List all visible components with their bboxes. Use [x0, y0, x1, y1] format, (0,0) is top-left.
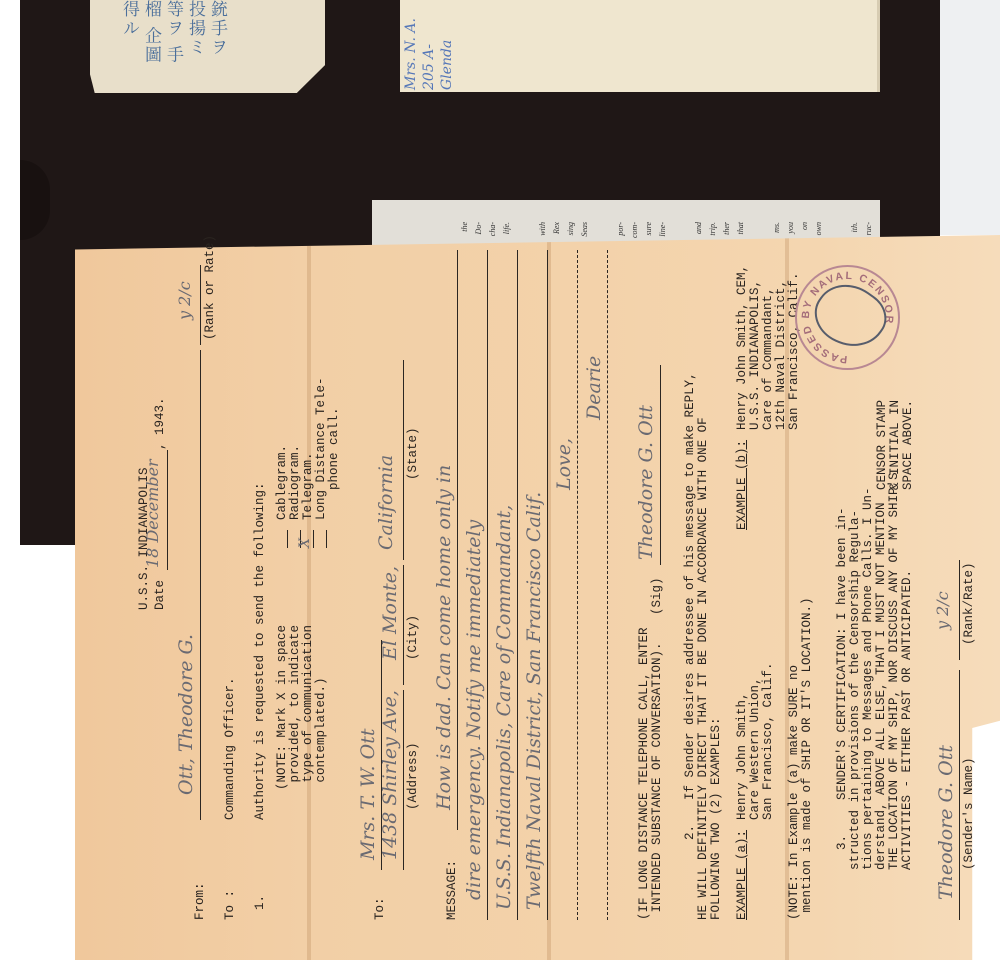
option-long-distance: Long Distance Tele-: [314, 377, 328, 520]
date-label: Date: [153, 580, 167, 610]
signature-line: [660, 365, 661, 565]
note-line: contemplated.): [314, 677, 328, 790]
signature-value: Theodore G. Ott: [635, 405, 657, 560]
envelope-address: Mrs. N. A. 205 A- Glenda: [402, 0, 462, 90]
booklet-fragment: that: [736, 222, 745, 234]
para1-text: Authority is requested to send the follo…: [253, 482, 267, 820]
option-blank[interactable]: [326, 530, 327, 548]
state-line: [403, 360, 404, 560]
option-check-mark: X: [297, 538, 313, 548]
option-radiogram: Radiogram.: [288, 445, 302, 520]
date-line: [167, 450, 168, 570]
message-rule: [487, 250, 488, 920]
example-a-label: EXAMPLE (a):: [735, 830, 749, 920]
date-year: , 1943.: [153, 397, 167, 450]
para2-number: 2.: [683, 825, 697, 840]
booklet-fragment: sure: [644, 222, 653, 235]
booklet-fragment: ther: [722, 222, 731, 235]
phone-note-line: INTENDED SUBSTANCE OF CONVERSATION).: [650, 642, 664, 920]
recipient-address: 1438 Shirley Ave,: [379, 690, 401, 860]
sender-rank-line: [959, 560, 960, 660]
censor-note-line: & INITIAL IN: [888, 400, 902, 490]
booklet-fragment: trip.: [708, 222, 717, 236]
rank-caption: (Rank or Rate): [203, 235, 217, 340]
recipient-label: To:: [373, 897, 387, 920]
para3-line: structed in provisions of the Censorship…: [848, 510, 862, 870]
message-line: Love,: [553, 438, 575, 490]
booklet-fragment: on: [800, 222, 809, 230]
from-line: [200, 350, 201, 820]
option-telegram: Telegram.: [301, 452, 315, 520]
recipient-city: El Monte,: [379, 566, 401, 660]
envelope-address-line: Mrs. N. A.: [402, 0, 420, 90]
city-caption: (City): [406, 615, 420, 660]
message-rule: [517, 250, 518, 920]
booklet-fragment: ruc-: [864, 222, 873, 235]
recipient-name: Mrs. T. W. Ott: [357, 729, 379, 860]
message-form: U.S.S. INDIANAPOLIS Date 18 December , 1…: [75, 235, 1000, 960]
booklet-fragment: ith.: [850, 222, 859, 232]
para2-line: If Sender desires addressee of his messa…: [683, 372, 697, 800]
option-cablegram: Cablegram.: [275, 445, 289, 520]
booklet-fragment: ms.: [772, 222, 781, 233]
example-b-line: Henry John Smith, CEM,: [735, 265, 749, 430]
example-b-label: EXAMPLE (b):: [735, 440, 749, 530]
para2-line: HE WILL DEFINITELY DIRECT THAT IT BE DON…: [696, 417, 710, 920]
booklet-fragment: sing: [566, 222, 575, 235]
booklet-fragment: you: [786, 222, 795, 234]
date-value: 18 December: [143, 459, 162, 568]
booklet-fragment: Do-: [474, 222, 483, 234]
message-line: How is dad. Can come home only in: [433, 465, 455, 810]
note-line: provided, to indicate: [288, 625, 302, 790]
rank-value: y 2/c: [175, 281, 194, 320]
booklet-fragment: Rex: [552, 222, 561, 234]
message-label: MESSAGE:: [445, 860, 459, 920]
phone-note-line: (IF LONG DISTANCE TELEPHONE CALL, ENTER: [637, 627, 651, 920]
message-rule: [457, 250, 458, 830]
example-b-line: U.S.S. INDIANAPOLIS,: [748, 280, 762, 430]
para3-line: tions pertaining to Messages and Phone C…: [861, 487, 875, 870]
para3-line: ACTIVITIES - EITHER PAST OR ANTICIPATED.: [900, 570, 914, 870]
example-note-line: (NOTE: In Example (a) make SURE no: [787, 665, 801, 920]
censor-note-line: CENSOR STAMP: [875, 400, 889, 490]
booklet-fragment: with: [538, 222, 547, 236]
envelope-address-line: Glenda: [438, 0, 456, 90]
japanese-note-text: 銃手ヲ 投揚ミ 等ヲ 手榴 企圖 得ル: [118, 0, 228, 70]
envelope-address-line: 205 A-: [420, 0, 438, 90]
message-rule: [607, 250, 608, 920]
booklet-fragment: own: [814, 222, 823, 235]
state-caption: (State): [406, 427, 420, 480]
para3-line: derstand, ABOVE ALL ELSE, THAT I MUST NO…: [874, 502, 888, 870]
from-label: From:: [193, 882, 207, 920]
censor-stamp: PASSED BY NAVAL CENSOR: [795, 265, 900, 370]
para1-number: 1.: [253, 895, 267, 910]
example-a-line: Henry John Smith,: [735, 692, 749, 820]
japanese-note: 銃手ヲ 投揚ミ 等ヲ 手榴 企圖 得ル: [90, 0, 325, 93]
rank-line: [200, 265, 201, 345]
option-blank[interactable]: [287, 530, 288, 548]
to-value: Commanding Officer.: [223, 677, 237, 820]
message-line: U.S.S. Indianapolis, Care of Commandant,: [493, 505, 515, 910]
recipient-state: California: [375, 455, 397, 550]
message-line: Dearie: [583, 356, 605, 420]
note-line: type of communication: [301, 625, 315, 790]
option-blank[interactable]: [313, 530, 314, 548]
sender-rank-value: y 2/c: [933, 591, 952, 630]
sender-name-line: [959, 670, 960, 920]
example-a-line: San Francisco, Calif.: [761, 662, 775, 820]
booklet-fragment: por-: [616, 222, 625, 236]
option-long-distance-cont: phone call.: [327, 407, 341, 490]
example-b-line: Care of Commandant,: [761, 287, 775, 430]
message-line: Twelfth Naval District, San Francisco Ca…: [523, 492, 545, 910]
signature-label: (Sig): [650, 577, 664, 615]
to-label: To :: [223, 890, 237, 920]
sender-name-value: Theodore G. Ott: [935, 745, 957, 900]
page-margin: [940, 0, 1000, 235]
example-note-line: mention is made of SHIP OR IT'S LOCATION…: [800, 597, 814, 920]
address-line: [403, 690, 404, 870]
example-a-line: Care Western Union,: [748, 677, 762, 820]
message-rule: [577, 250, 578, 920]
para3-line: THE LOCATION OF MY SHIP, NOR DISCUSS ANY…: [887, 472, 901, 870]
message-line: dire emergency. Notify me immediately: [463, 520, 485, 900]
city-line: [403, 565, 404, 685]
address-caption: (Address): [406, 742, 420, 810]
note-line: (NOTE: Mark X in space: [275, 625, 289, 790]
booklet-fragment: the: [460, 222, 469, 232]
sender-name-caption: (Sender's Name): [962, 757, 976, 870]
message-rule: [547, 250, 548, 920]
sender-rank-caption: (Rank/Rate): [962, 562, 976, 645]
para2-line: FOLLOWING TWO (2) EXAMPLES:: [709, 717, 723, 920]
censor-note-line: SPACE ABOVE.: [901, 400, 915, 490]
from-value: Ott, Theodore G.: [175, 634, 197, 795]
example-b-line: 12th Naval District,: [774, 280, 788, 430]
booklet-fragment: and: [694, 222, 703, 234]
booklet-fragment: life.: [502, 222, 511, 234]
para3-line: SENDER'S CERTIFICATION: I have been in-: [835, 507, 849, 800]
envelope: Mrs. N. A. 205 A- Glenda: [400, 0, 880, 92]
para3-number: 3.: [835, 835, 849, 850]
